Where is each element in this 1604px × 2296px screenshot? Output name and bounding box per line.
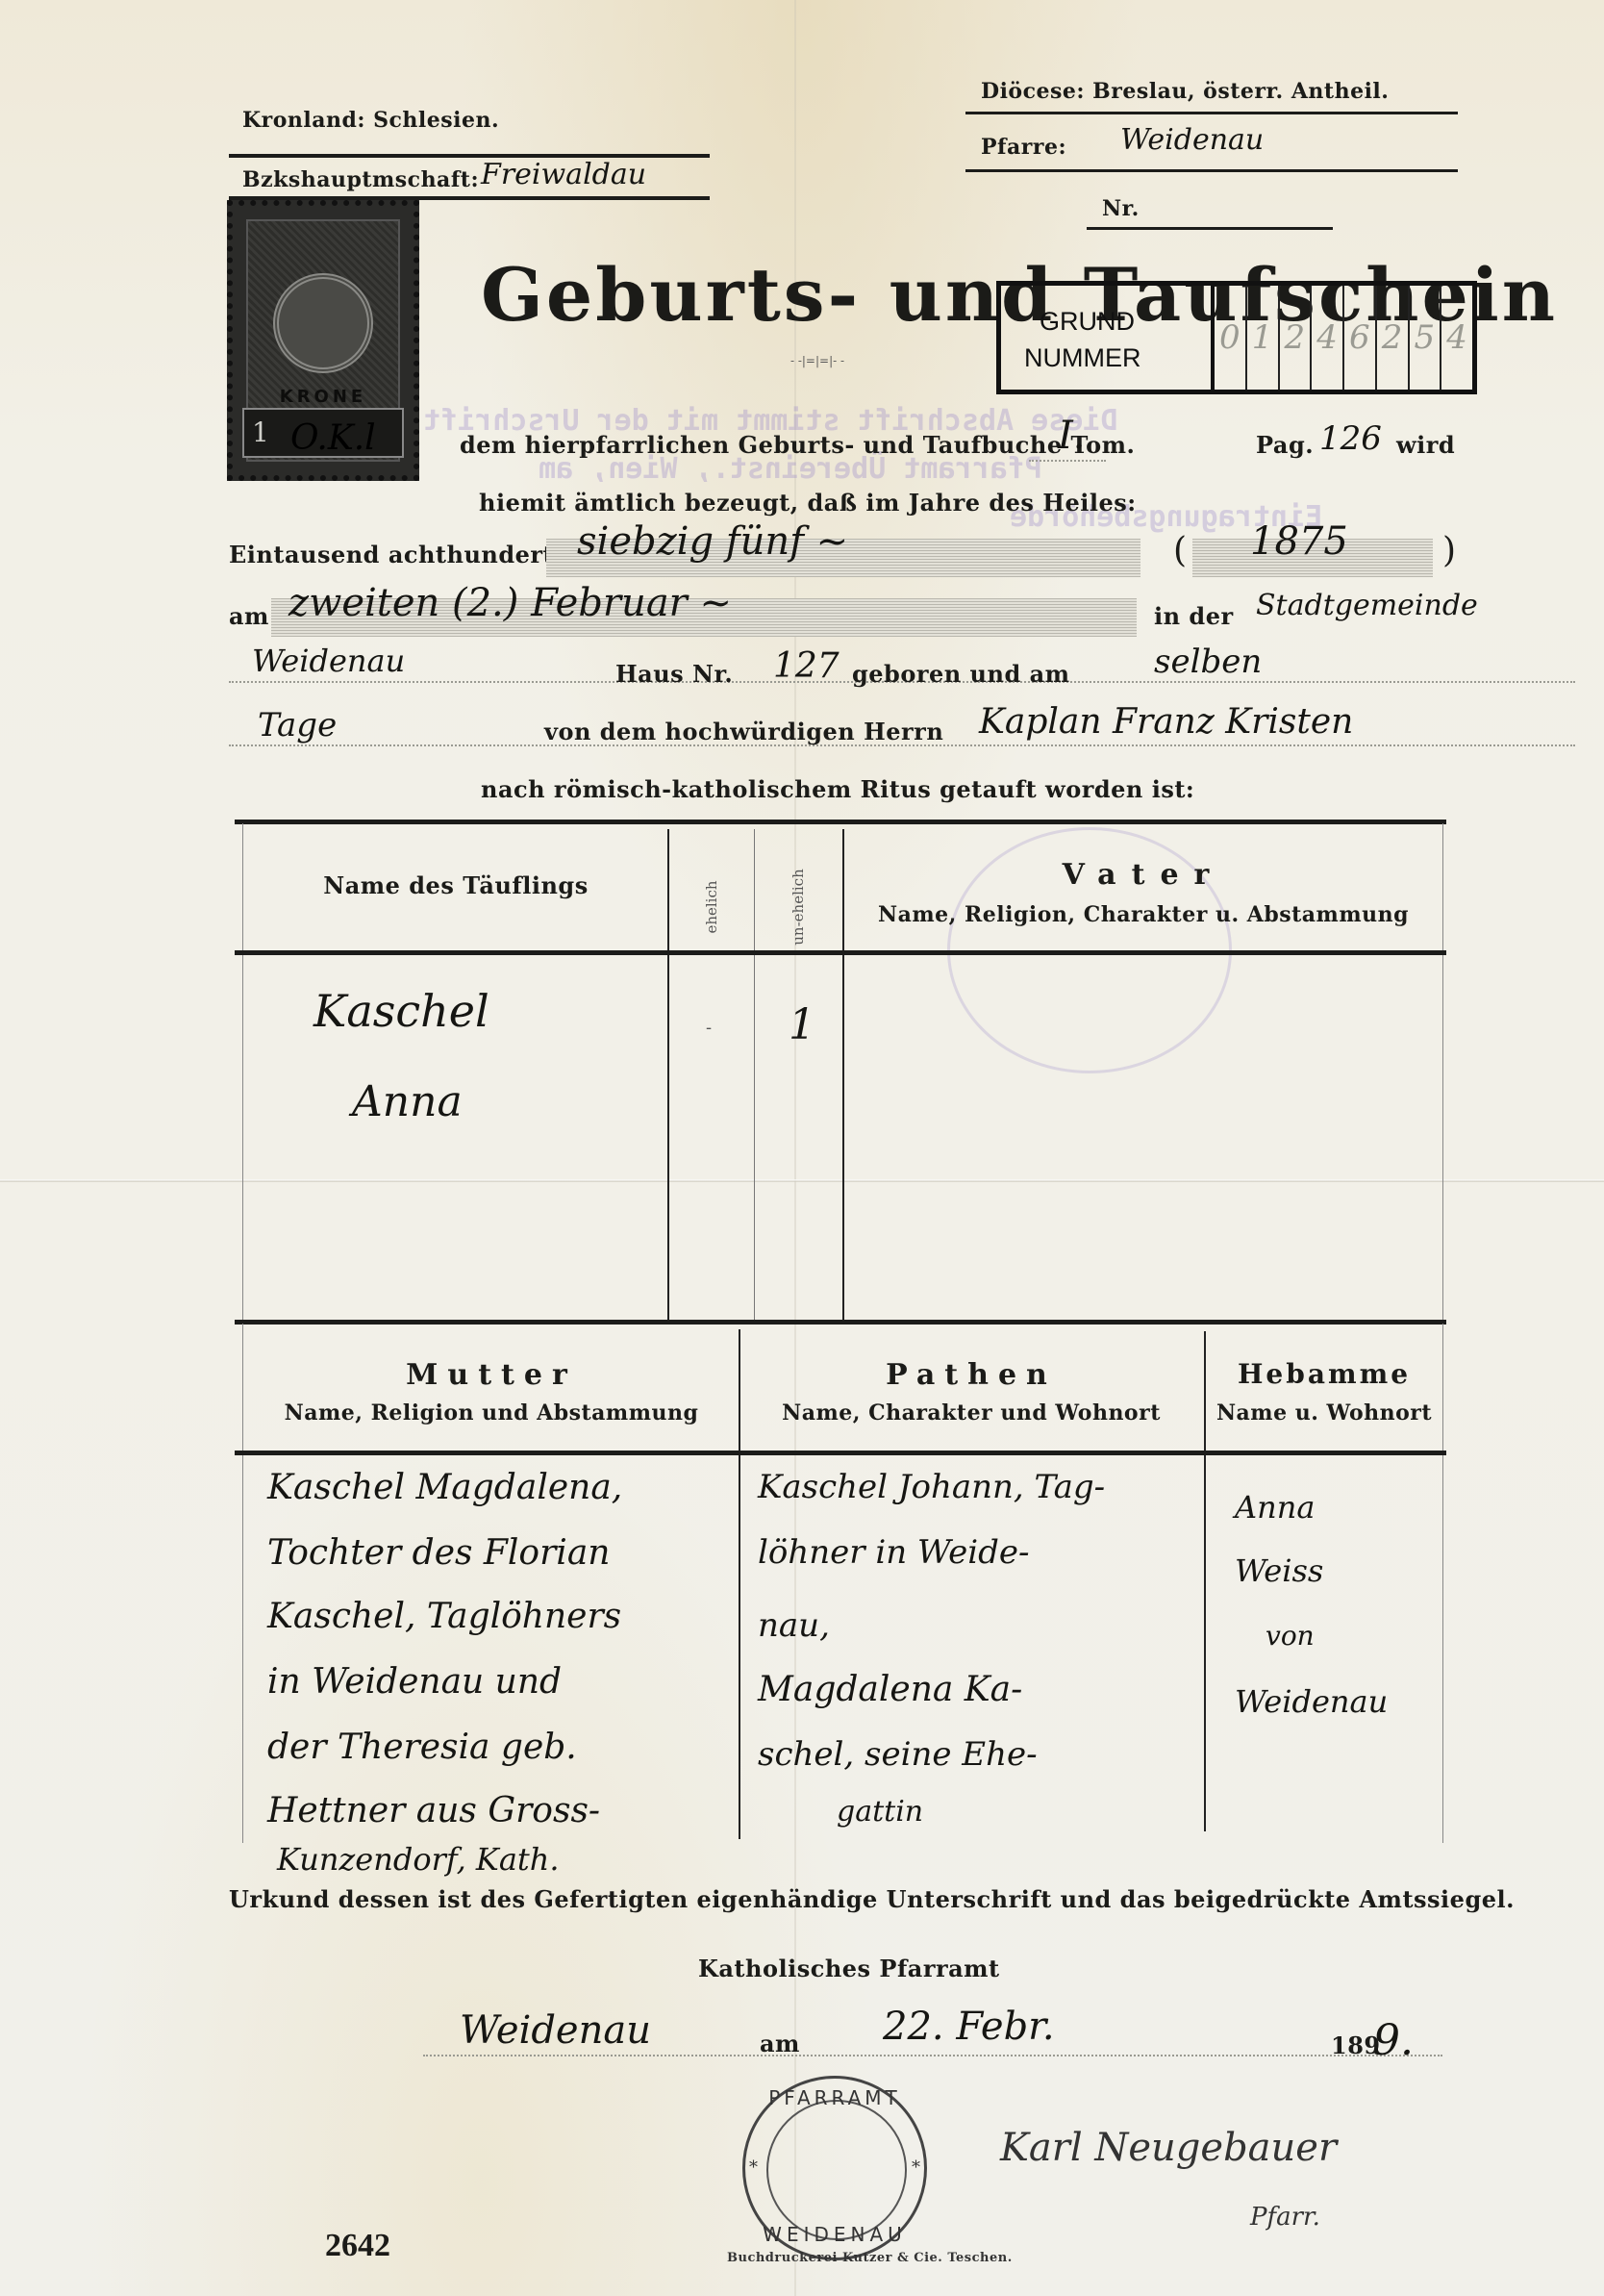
grundnummer-digit: 2	[1375, 286, 1408, 390]
grundnummer-digit: 6	[1342, 286, 1375, 390]
seal-bottom-text: WEIDENAU	[745, 2223, 924, 2246]
year-numeric: 1875	[1250, 519, 1348, 564]
revenue-stamp: KRONE 1 O.K.l	[227, 200, 419, 481]
issue-year-suffix: 9.	[1373, 2016, 1414, 2065]
mutter-line: Kaschel, Taglöhners	[267, 1597, 621, 1636]
von-dem-label: von dem hochwürdigen Herrn	[544, 718, 943, 745]
pfarre-rule	[965, 169, 1458, 172]
issue-am-label: am	[760, 2030, 800, 2057]
mutter-line: Tochter des Florian	[267, 1533, 610, 1573]
paren-close: )	[1442, 531, 1456, 570]
pathen-line: schel, seine Ehe-	[758, 1735, 1038, 1774]
attestation-line: Urkund dessen ist des Gefertigten eigenh…	[229, 1885, 1515, 1913]
grundnummer-digit: 1	[1245, 286, 1278, 390]
header-mutter-sub: Name, Religion und Abstammung	[246, 1400, 737, 1426]
parish-seal: PFARRAMT WEIDENAU * *	[742, 2076, 927, 2260]
in-der-label: in der	[1154, 602, 1234, 630]
tom-value: I.	[1058, 414, 1086, 458]
grundnummer-digits: 0 1 2 4 6 2 5 4	[1215, 286, 1472, 390]
ehelich-value: -	[706, 1018, 712, 1038]
grundnummer-label: GRUND NUMMER	[1001, 286, 1215, 390]
body-line1-prefix: dem hierpfarrlichen Geburts- und Taufbuc…	[460, 431, 1135, 459]
pathen-line: nau,	[758, 1606, 830, 1645]
pastor-signature: Karl Neugebauer	[1000, 2126, 1337, 2170]
mutter-line: in Weidenau und	[267, 1662, 562, 1702]
nr-label: Nr.	[1102, 196, 1140, 221]
unehelich-value: 1	[789, 1000, 815, 1049]
grundnummer-digit: 5	[1408, 286, 1441, 390]
grundnummer-digit: 4	[1440, 286, 1472, 390]
header-vater-title: Vater	[846, 858, 1441, 892]
seal-star-icon: *	[749, 2157, 758, 2178]
issue-place: Weidenau	[460, 2008, 651, 2053]
form-number: 2642	[325, 2228, 390, 2264]
year-words: siebzig fünf ~	[577, 519, 848, 564]
header-ehelich: ehelich	[703, 859, 720, 955]
pag-value: 126	[1319, 419, 1382, 458]
date-words: zweiten (2.) Februar ~	[288, 581, 732, 625]
child-given-name: Anna	[352, 1077, 463, 1126]
same-day-value: selben	[1154, 643, 1262, 681]
place-value: Weidenau	[252, 643, 405, 679]
printer-imprint: Buchdruckerei Kutzer & Cie. Teschen.	[727, 2251, 1013, 2265]
grundnummer-digit: 2	[1278, 286, 1311, 390]
bezirk-label: Bzkshauptmschaft:	[242, 167, 479, 192]
grundnummer-digit: 0	[1215, 286, 1245, 390]
fold-crease-horizontal	[0, 1179, 1604, 1182]
pathen-line: Kaschel Johann, Tag-	[758, 1468, 1105, 1506]
header-pathen-title: Pathen	[740, 1358, 1202, 1392]
paren-open: (	[1173, 531, 1187, 570]
tom-dotted-line	[1029, 460, 1106, 462]
pfarre-value: Weidenau	[1120, 123, 1264, 157]
am-label: am	[229, 602, 269, 630]
dioecese-rule	[965, 112, 1458, 114]
tage-value: Tage	[258, 706, 337, 744]
header-pathen-sub: Name, Charakter und Wohnort	[740, 1400, 1202, 1426]
pag-label: Pag.	[1256, 431, 1314, 459]
date-dotted-line	[423, 2055, 1442, 2056]
dioecese-label: Diöcese: Breslau, österr. Antheil.	[981, 79, 1389, 104]
header-mutter-title: Mutter	[246, 1358, 737, 1392]
bezirk-value: Freiwaldau	[481, 158, 646, 191]
mutter-line: der Theresia geb.	[267, 1728, 577, 1767]
table2-header-rule	[235, 1451, 1446, 1455]
pathen-line: löhner in Weide-	[758, 1533, 1029, 1572]
hebamme-line: Weidenau	[1235, 1683, 1388, 1720]
header-name-taeufling: Name des Täuflings	[246, 871, 665, 899]
kronland-label: Kronland: Schlesien.	[242, 108, 499, 133]
table1-col-divider-2	[754, 829, 755, 1322]
hebamme-line: Anna	[1235, 1489, 1315, 1526]
header-vater-sub: Name, Religion, Charakter u. Abstammung	[846, 902, 1441, 927]
table1-bottom-rule	[235, 1320, 1446, 1325]
header-hebamme-sub: Name u. Wohnort	[1206, 1400, 1442, 1426]
seal-star-icon: *	[912, 2157, 920, 2178]
office-label: Katholisches Pfarramt	[698, 1955, 1000, 1982]
year-prefix: Eintausend achthundert	[229, 541, 554, 568]
table1-header-rule	[235, 950, 1446, 955]
mutter-line: Kunzendorf, Kath.	[277, 1841, 560, 1878]
body-line1-suffix: wird	[1396, 431, 1455, 459]
grundnummer-stamp: GRUND NUMMER 0 1 2 4 6 2 5 4	[996, 281, 1477, 394]
hebamme-line: Weiss	[1235, 1552, 1323, 1589]
haus-value: 127	[773, 646, 840, 686]
stamp-cancel-mark: O.K.l	[290, 418, 376, 458]
table1-right-border	[1442, 823, 1443, 1322]
seal-inner-ring	[766, 2100, 907, 2240]
priest-value: Kaplan Franz Kristen	[979, 702, 1353, 742]
seal-top-text: PFARRAMT	[745, 2086, 924, 2109]
ornament-divider-icon: - -|=|=|- -	[779, 354, 856, 366]
mutter-line: Kaschel Magdalena,	[267, 1468, 622, 1507]
hebamme-line: von	[1266, 1620, 1315, 1652]
nr-rule	[1087, 227, 1333, 230]
table1-col-divider-3	[842, 829, 844, 1322]
stamp-currency: KRONE	[233, 387, 414, 407]
table2-left-border	[242, 1324, 243, 1843]
grundnummer-digit: 4	[1310, 286, 1342, 390]
header-hebamme-title: Hebamme	[1206, 1358, 1442, 1390]
header-unehelich: un-ehelich	[789, 859, 807, 955]
emperor-portrait-icon	[273, 273, 373, 373]
gemeinde-value: Stadtgemeinde	[1256, 589, 1478, 622]
child-surname: Kaschel	[313, 985, 489, 1037]
table1-left-border	[242, 823, 243, 1322]
table1-col-divider-1	[667, 829, 669, 1322]
issue-date: 22. Febr.	[883, 2005, 1055, 2049]
pathen-line: Magdalena Ka-	[758, 1670, 1022, 1709]
ritus-line: nach römisch-katholischem Ritus getauft …	[481, 775, 1194, 803]
mutter-line: Hettner aus Gross-	[267, 1791, 600, 1830]
fold-crease-vertical	[794, 0, 796, 2296]
table1-top-rule	[235, 820, 1446, 824]
pfarre-label: Pfarre:	[981, 135, 1066, 160]
pastor-title: Pfarr.	[1250, 2203, 1320, 2232]
haus-label: Haus Nr.	[615, 660, 733, 688]
body-line2: hiemit ämtlich bezeugt, daß im Jahre des…	[479, 489, 1137, 517]
geboren-label: geboren und am	[852, 660, 1070, 688]
table2-right-border	[1442, 1324, 1443, 1843]
pathen-line: gattin	[837, 1795, 923, 1829]
